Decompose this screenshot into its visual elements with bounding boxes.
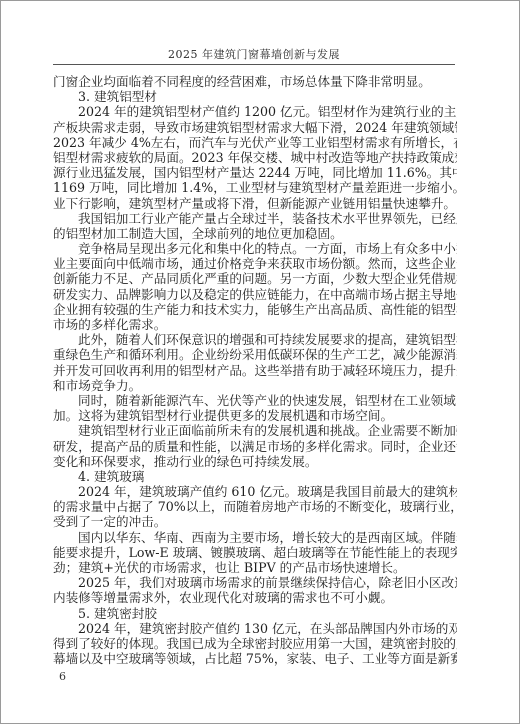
text-line: 2025 年，我们对玻璃市场需求的前景继续保持信心，除老旧小区改造、城市更新、室 — [53, 575, 457, 590]
text-line: 同时，随着新能源汽车、光伏等产业的快速发展，铝型材在工业领域的需求也在不断增 — [53, 393, 457, 408]
section-heading-aluminum-profiles: 3. 建筑铝型材 — [53, 89, 457, 104]
text-line: 内装修等增量需求外，农业现代化对玻璃的需求也不可小觑。 — [53, 590, 457, 605]
text-line: 国内以华东、华南、西南为主要市场，增长较大的是西南区域。伴随着建筑玻璃节能性 — [53, 530, 457, 545]
text-line: 源行业迅猛发展，国内铝型材产量达 2244 万吨，同比增加 11.6%。其中，建… — [53, 165, 457, 180]
text-line: 创新能力不足、产品同质化严重的问题。另一方面，少数大型企业凭借规模效应、技术 — [53, 271, 457, 286]
text-line: 的铝型材加工制造大国，全球前列的地位更加稳固。 — [53, 226, 457, 241]
section-heading-architectural-glass: 4. 建筑玻璃 — [53, 469, 457, 484]
text-line: 业下行影响，建筑型材产量或将下滑，但新能源产业链用铝量快速攀升。 — [53, 196, 457, 211]
text-line: 铝型材需求疲软的局面。2023 年保交楼、城中村改造等地产扶持政策成效凸显，叠加… — [53, 150, 457, 165]
text-line: 1169 万吨，同比增加 1.4%，工业型材与建筑型材产量差距进一步缩小。202… — [53, 180, 457, 195]
text-line: 门窗企业均面临着不同程度的经营困难，市场总体量下降非常明显。 — [53, 74, 457, 89]
text-line: 研发实力、品牌影响力以及稳定的供应链能力，在中高端市场占据主导地位。这些大型 — [53, 287, 457, 302]
text-line: 和市场竞争力。 — [53, 378, 457, 393]
text-line: 变化和环保要求，推动行业的绿色可持续发展。 — [53, 454, 457, 469]
header-rule — [53, 64, 455, 65]
document-page: 2025 年建筑门窗幕墙创新与发展 门窗企业均面临着不同程度的经营困难，市场总体… — [0, 0, 520, 724]
text-line: 2024 年，建筑密封胶产值约 130 亿元，在头部品牌国内外市场的双突破下，年… — [53, 621, 457, 636]
text-line: 2024 年的建筑铝型材产值约 1200 亿元。铝型材作为建筑行业的主要上游产业… — [53, 104, 457, 119]
text-line: 重绿色生产和循环利用。企业纷纷采用低碳环保的生产工艺，减少能源消耗和废弃物排放， — [53, 347, 457, 362]
text-line: 业主要面向中低端市场，通过价格竞争来获取市场份额。然而，这些企业普遍存在技术 — [53, 256, 457, 271]
text-line: 此外，随着人们环保意识的增强和可持续发展要求的提高，建筑铝型材行业也越来越注 — [53, 332, 457, 347]
text-line: 企业拥有较强的生产能力和技术实力，能够生产出高品质、高性能的铝型材产品，满足 — [53, 302, 457, 317]
text-line: 加。这将为建筑铝型材行业提供更多的发展机遇和市场空间。 — [53, 408, 457, 423]
text-line: 得到了较好的体现。我国已成为全球密封胶应用第一大国，建筑密封胶的应用主要在门窗、 — [53, 636, 457, 651]
body-text: 门窗企业均面临着不同程度的经营困难，市场总体量下降非常明显。 3. 建筑铝型材 … — [53, 74, 457, 666]
text-line: 受到了一定的冲击。 — [53, 514, 457, 529]
page-number: 6 — [59, 670, 66, 683]
text-line: 市场的多样化需求。 — [53, 317, 457, 332]
text-line: 2023 年减少 4%左右，而汽车与光伏产业等工业铝型材需求有所增长，在一定程度… — [53, 135, 457, 150]
running-header-title: 2025 年建筑门窗幕墙创新与发展 — [53, 48, 455, 62]
section-heading-sealant: 5. 建筑密封胶 — [53, 606, 457, 621]
text-line: 并开发可回收再利用的铝型材产品。这些举措有助于减轻环境压力，提升企业的社会责任感 — [53, 363, 457, 378]
text-line: 建筑铝型材行业正面临前所未有的发展机遇和挑战。企业需要不断加强技术创新和产品 — [53, 423, 457, 438]
text-line: 研发，提高产品的质量和性能，以满足市场的多样化需求。同时，企业还需要积极应对政策 — [53, 439, 457, 454]
text-line: 我国铝加工行业产能产量占全球过半，装备技术水平世界领先，已经成为世界首屈一指 — [53, 211, 457, 226]
text-line: 劲；建筑+光伏的市场需求，也让 BIPV 的产品市场快速增长。 — [53, 560, 457, 575]
text-line: 产板块需求走弱，导致市场建筑铝型材需求大幅下滑，2024 年建筑领域铝型材消耗量… — [53, 120, 457, 135]
text-line: 的需求量中占据了 70%以上，而随着房地产市场的不断变化，玻璃行业，尤其是浮法玻… — [53, 499, 457, 514]
text-line: 2024 年，建筑玻璃产值约 610 亿元。玻璃是我国目前最大的建筑材料，在我国… — [53, 484, 457, 499]
text-line: 幕墙以及中空玻璃等领域，占比超 75%，家装、电子、工业等方面是新赛道。 — [53, 651, 457, 666]
text-line: 竞争格局呈现出多元化和集中化的特点。一方面，市场上有众多中小型企业，这些企 — [53, 241, 457, 256]
text-line: 能要求提升，Low-E 玻璃、镀膜玻璃、超白玻璃等在节能性能上的表现突出，市场增… — [53, 545, 457, 560]
